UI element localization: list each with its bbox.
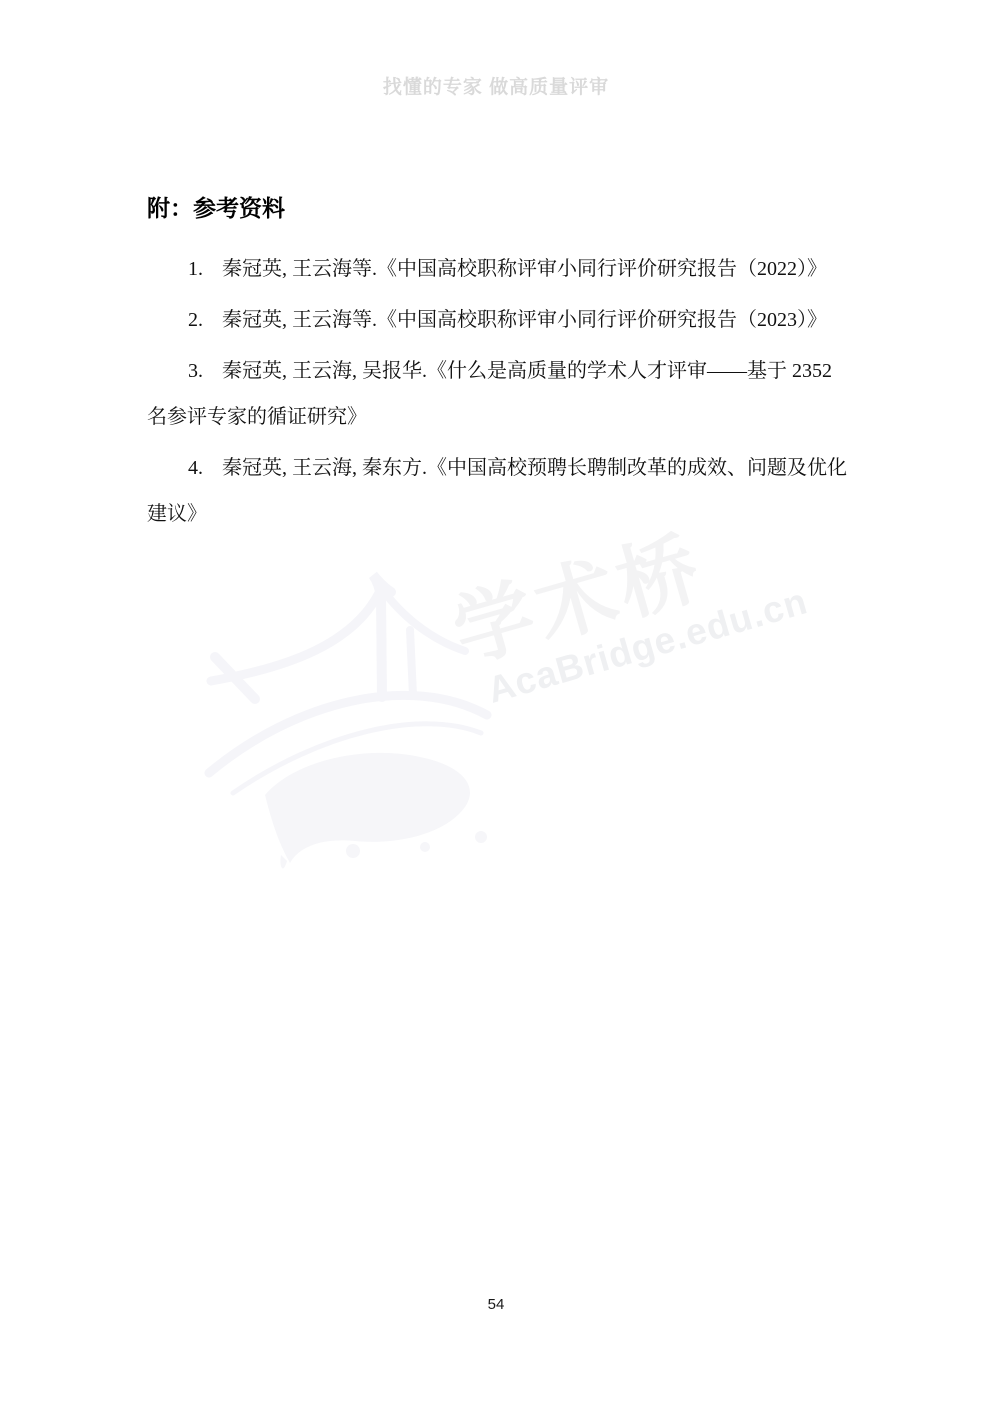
- reference-number: 2.: [188, 297, 222, 343]
- reference-item-2: 2.秦冠英, 王云海等.《中国高校职称评审小同行评价研究报告（2023）》: [147, 297, 853, 343]
- reference-item-3: 3.秦冠英, 王云海, 吴报华.《什么是高质量的学术人才评审——基于 2352 …: [147, 348, 853, 440]
- reference-text: 秦冠英, 王云海, 吴报华.《什么是高质量的学术人才评审——基于 2352: [222, 360, 832, 382]
- reference-number: 1.: [188, 246, 222, 292]
- watermark-brand-url: AcaBridge.edu.cn: [484, 582, 812, 709]
- reference-number: 3.: [188, 348, 222, 394]
- reference-text: 秦冠英, 王云海等.《中国高校职称评审小同行评价研究报告（2023）》: [222, 309, 827, 331]
- reference-item-1: 1.秦冠英, 王云海等.《中国高校职称评审小同行评价研究报告（2022）》: [147, 246, 853, 292]
- reference-text: 秦冠英, 王云海等.《中国高校职称评审小同行评价研究报告（2022）》: [222, 258, 827, 280]
- bridge-logo-icon: [195, 545, 515, 875]
- reference-line: 1.秦冠英, 王云海等.《中国高校职称评审小同行评价研究报告（2022）》: [147, 246, 853, 292]
- reference-item-4: 4.秦冠英, 王云海, 秦东方.《中国高校预聘长聘制改革的成效、问题及优化 建议…: [147, 445, 853, 537]
- section-heading: 附：参考资料: [147, 193, 853, 223]
- document-body: 附：参考资料 1.秦冠英, 王云海等.《中国高校职称评审小同行评价研究报告（20…: [147, 193, 853, 542]
- reference-line: 4.秦冠英, 王云海, 秦东方.《中国高校预聘长聘制改革的成效、问题及优化: [147, 445, 853, 491]
- page-number: 54: [0, 1296, 992, 1313]
- header-tagline: 找懂的专家 做高质量评审: [0, 72, 992, 99]
- reference-text: 建议》: [147, 491, 853, 537]
- reference-text: 秦冠英, 王云海, 秦东方.《中国高校预聘长聘制改革的成效、问题及优化: [222, 457, 847, 479]
- acabridge-watermark: 学术桥 AcaBridge.edu.cn: [195, 535, 835, 895]
- reference-text: 名参评专家的循证研究》: [147, 394, 853, 440]
- reference-number: 4.: [188, 445, 222, 491]
- reference-line: 2.秦冠英, 王云海等.《中国高校职称评审小同行评价研究报告（2023）》: [147, 297, 853, 343]
- reference-line: 3.秦冠英, 王云海, 吴报华.《什么是高质量的学术人才评审——基于 2352: [147, 348, 853, 394]
